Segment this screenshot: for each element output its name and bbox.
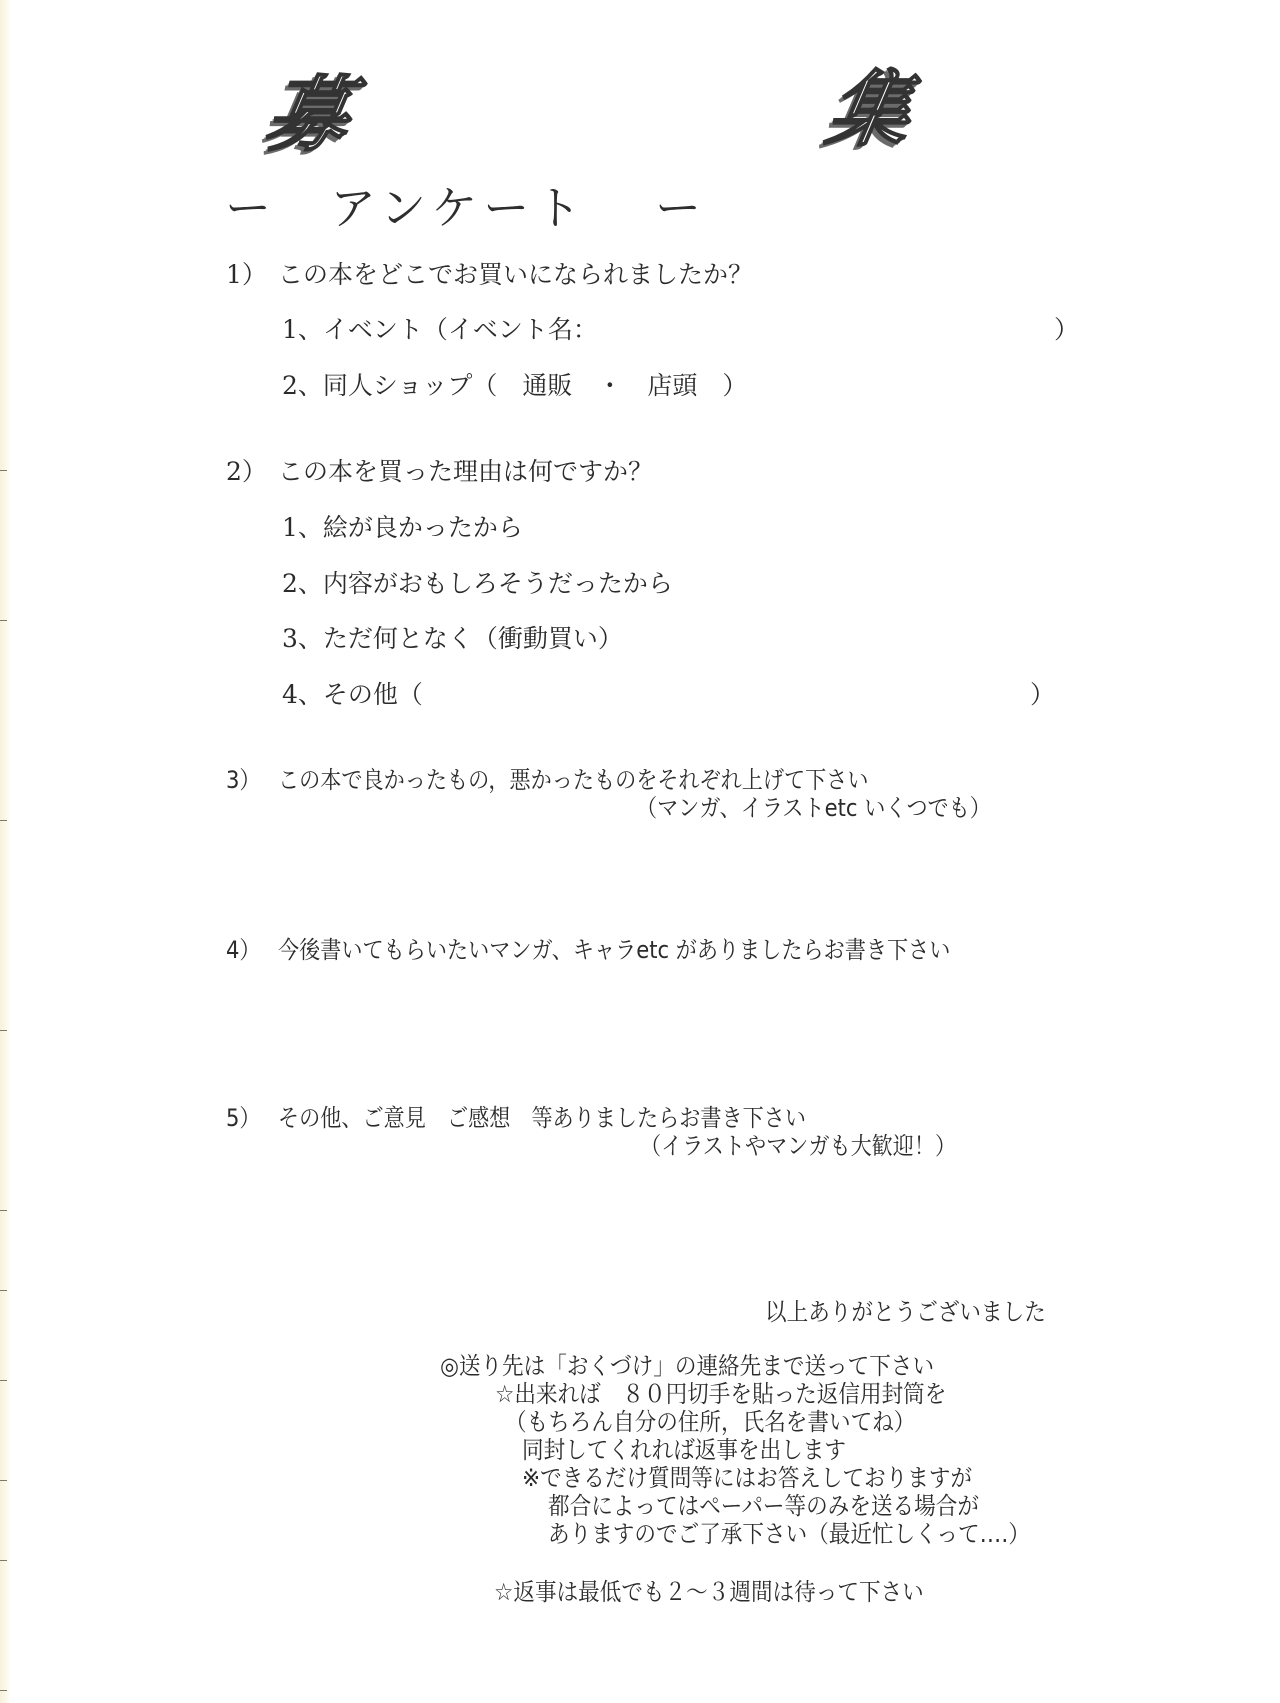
final-note: ☆返事は最低でも２～３週間は待って下さい: [494, 1578, 924, 1606]
edge-mark: [0, 1030, 7, 1031]
question-3-subtext: （マンガ、イラストetc いくつでも）: [636, 788, 991, 823]
question-1-option-1: 1、イベント（イベント名：: [282, 310, 598, 346]
title-char-recruit: 募: [258, 50, 361, 167]
edge-mark: [0, 1480, 7, 1481]
edge-mark: [0, 470, 7, 471]
subtitle-dash-left: ー: [225, 172, 277, 238]
question-5-number: 5）: [226, 1098, 261, 1133]
subtitle: アンケート: [330, 172, 587, 238]
question-1-option-2: 2、同人ショップ（ 通販 ・ 店頭 ）: [282, 366, 747, 402]
question-2-option-3: 3、ただ何となく（衝動買い）: [282, 619, 623, 655]
question-2-option-4: 4、その他（: [282, 675, 423, 711]
edge-mark: [0, 1380, 7, 1381]
page-binding-edge: [0, 0, 10, 1703]
note-line-4: 同封してくれれば返事を出します: [522, 1436, 846, 1464]
edge-mark: [0, 1290, 7, 1291]
question-2-option-4-close: ）: [1030, 675, 1055, 711]
edge-mark: [0, 1690, 7, 1691]
question-5-subtext: （イラストやマンガも大歓迎！）: [640, 1126, 956, 1161]
edge-mark: [0, 620, 7, 621]
question-4-text: 今後書いてもらいたいマンガ、キャラetc がありましたらお書き下さい: [278, 930, 950, 965]
title-char-gather: 集: [820, 45, 923, 162]
question-1-number: 1）: [226, 255, 267, 291]
note-line-6: 都合によってはペーパー等のみを送る場合が: [548, 1492, 979, 1520]
edge-mark: [0, 820, 7, 821]
question-1-option-1-close: ）: [1054, 310, 1079, 346]
edge-mark: [0, 1560, 7, 1561]
question-3-number: 3）: [226, 760, 261, 795]
subtitle-dash-right: ー: [655, 172, 707, 238]
note-line-3: （もちろん自分の住所，氏名を書いてね）: [505, 1408, 915, 1436]
note-line-1: ◎送り先は「おくづけ」の連絡先まで送って下さい: [440, 1352, 934, 1380]
question-2-option-1: 1、絵が良かったから: [282, 508, 523, 544]
edge-mark: [0, 1210, 7, 1211]
note-line-2: ☆出来れば ８０円切手を貼った返信用封筒を: [495, 1380, 946, 1408]
question-2-number: 2）: [226, 452, 267, 488]
note-line-5: ※できるだけ質問等にはお答えしておりますが: [522, 1464, 972, 1492]
question-4-number: 4）: [226, 930, 261, 965]
question-2-text: この本を買った理由は何ですか？: [278, 452, 653, 488]
note-line-7: ありますのでご了承下さい（最近忙しくって‥‥）: [548, 1520, 1030, 1548]
question-1-text: この本をどこでお買いになられましたか？: [278, 255, 753, 291]
thanks-message: 以上ありがとうございました: [765, 1298, 1046, 1326]
question-2-option-2: 2、内容がおもしろそうだったから: [282, 564, 673, 600]
